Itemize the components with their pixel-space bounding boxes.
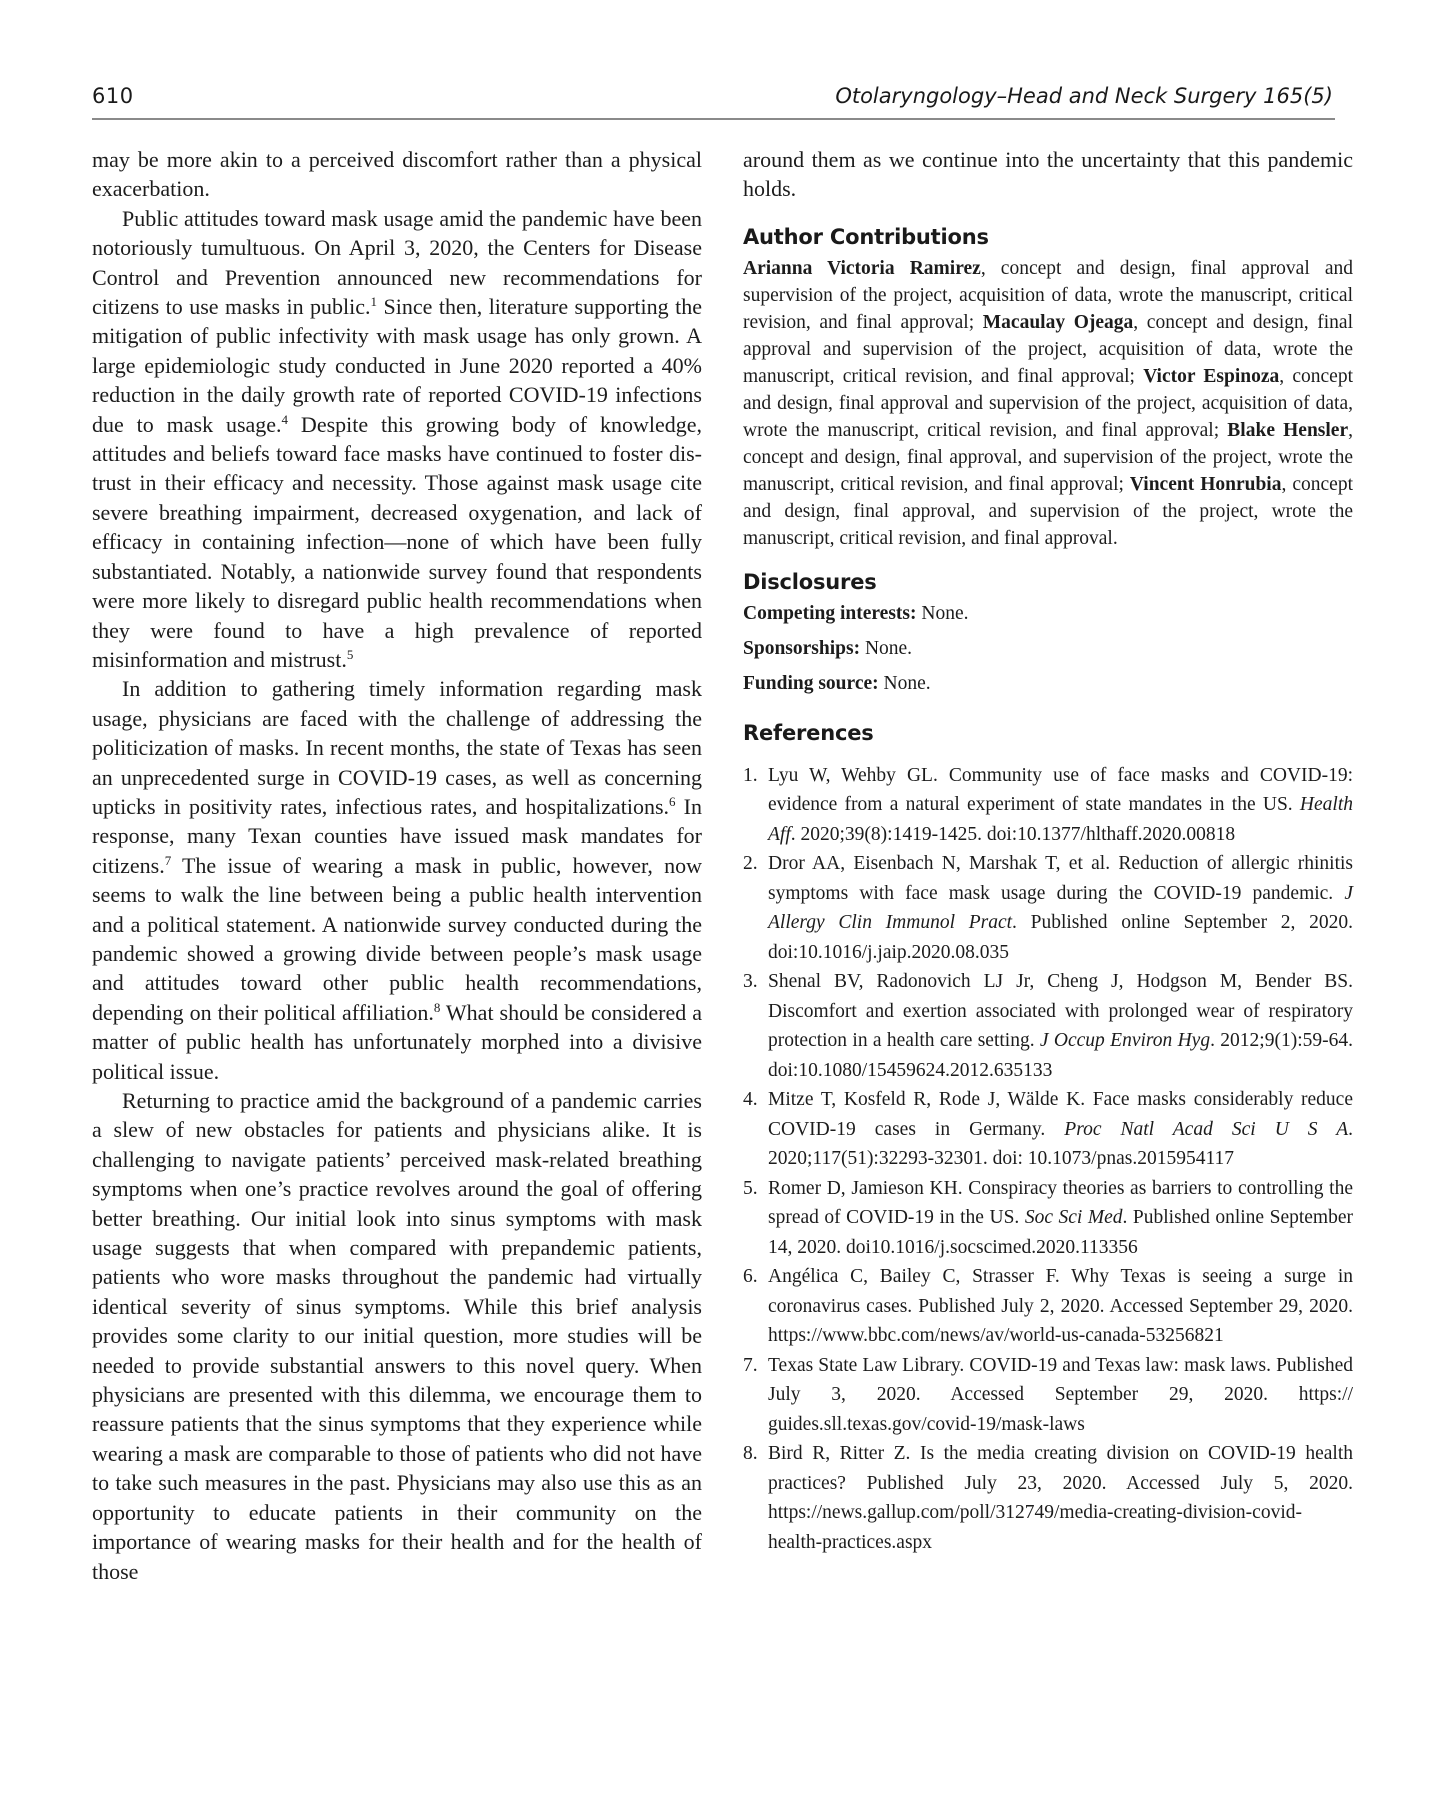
disclosure-value: None. — [879, 673, 931, 694]
text-run: Dror AA, Eisenbach N, Marshak T, et al. … — [768, 853, 1353, 904]
text-run: Lyu W, Wehby GL. Community use of face m… — [768, 765, 1353, 816]
reference-number: 7. — [743, 1351, 758, 1381]
text-run: Texas State Law Library. COVID-19 and Te… — [768, 1355, 1353, 1435]
disclosure-value: None. — [917, 603, 969, 624]
body-paragraph: Returning to practice amid the backgroun… — [92, 1086, 702, 1586]
disclosure-label: Sponsorships: — [743, 638, 860, 659]
references-list: 1.Lyu W, Wehby GL. Community use of face… — [743, 761, 1353, 1558]
continuation-paragraph: around them as we continue into the unce… — [743, 145, 1353, 204]
reference-number: 1. — [743, 761, 758, 791]
body-paragraph: around them as we continue into the unce… — [743, 145, 1353, 204]
text-run: around them as we continue into the unce… — [743, 147, 1353, 201]
reference-item: 2.Dror AA, Eisenbach N, Marshak T, et al… — [743, 849, 1353, 967]
author-name: Macaulay Ojeaga — [983, 312, 1134, 333]
disclosures-list: Competing interests: None.Sponsorships: … — [743, 596, 1353, 701]
text-run: Bird R, Ritter Z. Is the media creating … — [768, 1443, 1353, 1553]
reference-item: 1.Lyu W, Wehby GL. Community use of face… — [743, 761, 1353, 850]
disclosure-item: Competing interests: None. — [743, 596, 1353, 631]
reference-item: 4.Mitze T, Kosfeld R, Rode J, Wälde K. F… — [743, 1085, 1353, 1174]
author-contributions-text: Arianna Victoria Ramirez, concept and de… — [743, 255, 1353, 552]
section-heading-author-contributions: Author Contributions — [743, 225, 1353, 249]
journal-title: Otolaryngology–Head and Neck Surgery 165… — [835, 84, 1333, 108]
text-run: may be more akin to a perceived discomfo… — [92, 147, 702, 201]
reference-number: 8. — [743, 1439, 758, 1469]
citation-superscript: 5 — [347, 647, 354, 662]
disclosure-value: None. — [860, 638, 912, 659]
section-heading-disclosures: Disclosures — [743, 570, 1353, 594]
disclosure-item: Sponsorships: None. — [743, 631, 1353, 666]
text-run: . 2020;39(8):1419-1425. doi:10.1377/hlth… — [791, 824, 1235, 845]
left-column: may be more akin to a perceived discomfo… — [92, 145, 702, 1586]
body-paragraph: Public attitudes toward mask usage amid … — [92, 204, 702, 675]
reference-number: 4. — [743, 1085, 758, 1115]
text-run: Despite this growing body of knowledge, … — [92, 412, 702, 672]
journal-abbrev: Proc Natl Acad Sci U S A — [1064, 1119, 1348, 1140]
reference-number: 6. — [743, 1262, 758, 1292]
reference-item: 8.Bird R, Ritter Z. Is the media creatin… — [743, 1439, 1353, 1557]
body-paragraphs: may be more akin to a perceived discomfo… — [92, 145, 702, 1586]
right-column: around them as we continue into the unce… — [743, 145, 1353, 1557]
disclosure-item: Funding source: None. — [743, 666, 1353, 701]
author-name: Blake Hensler — [1227, 420, 1348, 441]
author-name: Victor Espinoza — [1143, 366, 1279, 387]
section-heading-references: References — [743, 721, 1353, 745]
reference-number: 2. — [743, 849, 758, 879]
journal-abbrev: Soc Sci Med — [1025, 1207, 1123, 1228]
reference-item: 7.Texas State Law Library. COVID-19 and … — [743, 1351, 1353, 1440]
text-run: In addition to gathering timely informat… — [92, 676, 702, 819]
reference-item: 6.Angélica C, Bailey C, Strasser F. Why … — [743, 1262, 1353, 1351]
body-paragraph: In addition to gathering timely informat… — [92, 674, 702, 1086]
reference-number: 5. — [743, 1174, 758, 1204]
reference-number: 3. — [743, 967, 758, 997]
text-run: Angélica C, Bailey C, Strasser F. Why Te… — [768, 1266, 1353, 1346]
disclosure-label: Funding source: — [743, 673, 879, 694]
author-name: Vincent Honrubia — [1130, 474, 1282, 495]
page-number: 610 — [92, 84, 134, 108]
text-run: Returning to practice amid the backgroun… — [92, 1088, 702, 1584]
author-name: Arianna Victoria Ramirez — [743, 258, 981, 279]
journal-abbrev: J Occup Environ Hyg — [1040, 1030, 1210, 1051]
reference-item: 5.Romer D, Jamieson KH. Conspiracy theor… — [743, 1174, 1353, 1263]
body-paragraph: may be more akin to a perceived discomfo… — [92, 145, 702, 204]
disclosure-label: Competing interests: — [743, 603, 917, 624]
reference-item: 3.Shenal BV, Radonovich LJ Jr, Cheng J, … — [743, 967, 1353, 1085]
running-header: 610 Otolaryngology–Head and Neck Surgery… — [92, 84, 1335, 120]
